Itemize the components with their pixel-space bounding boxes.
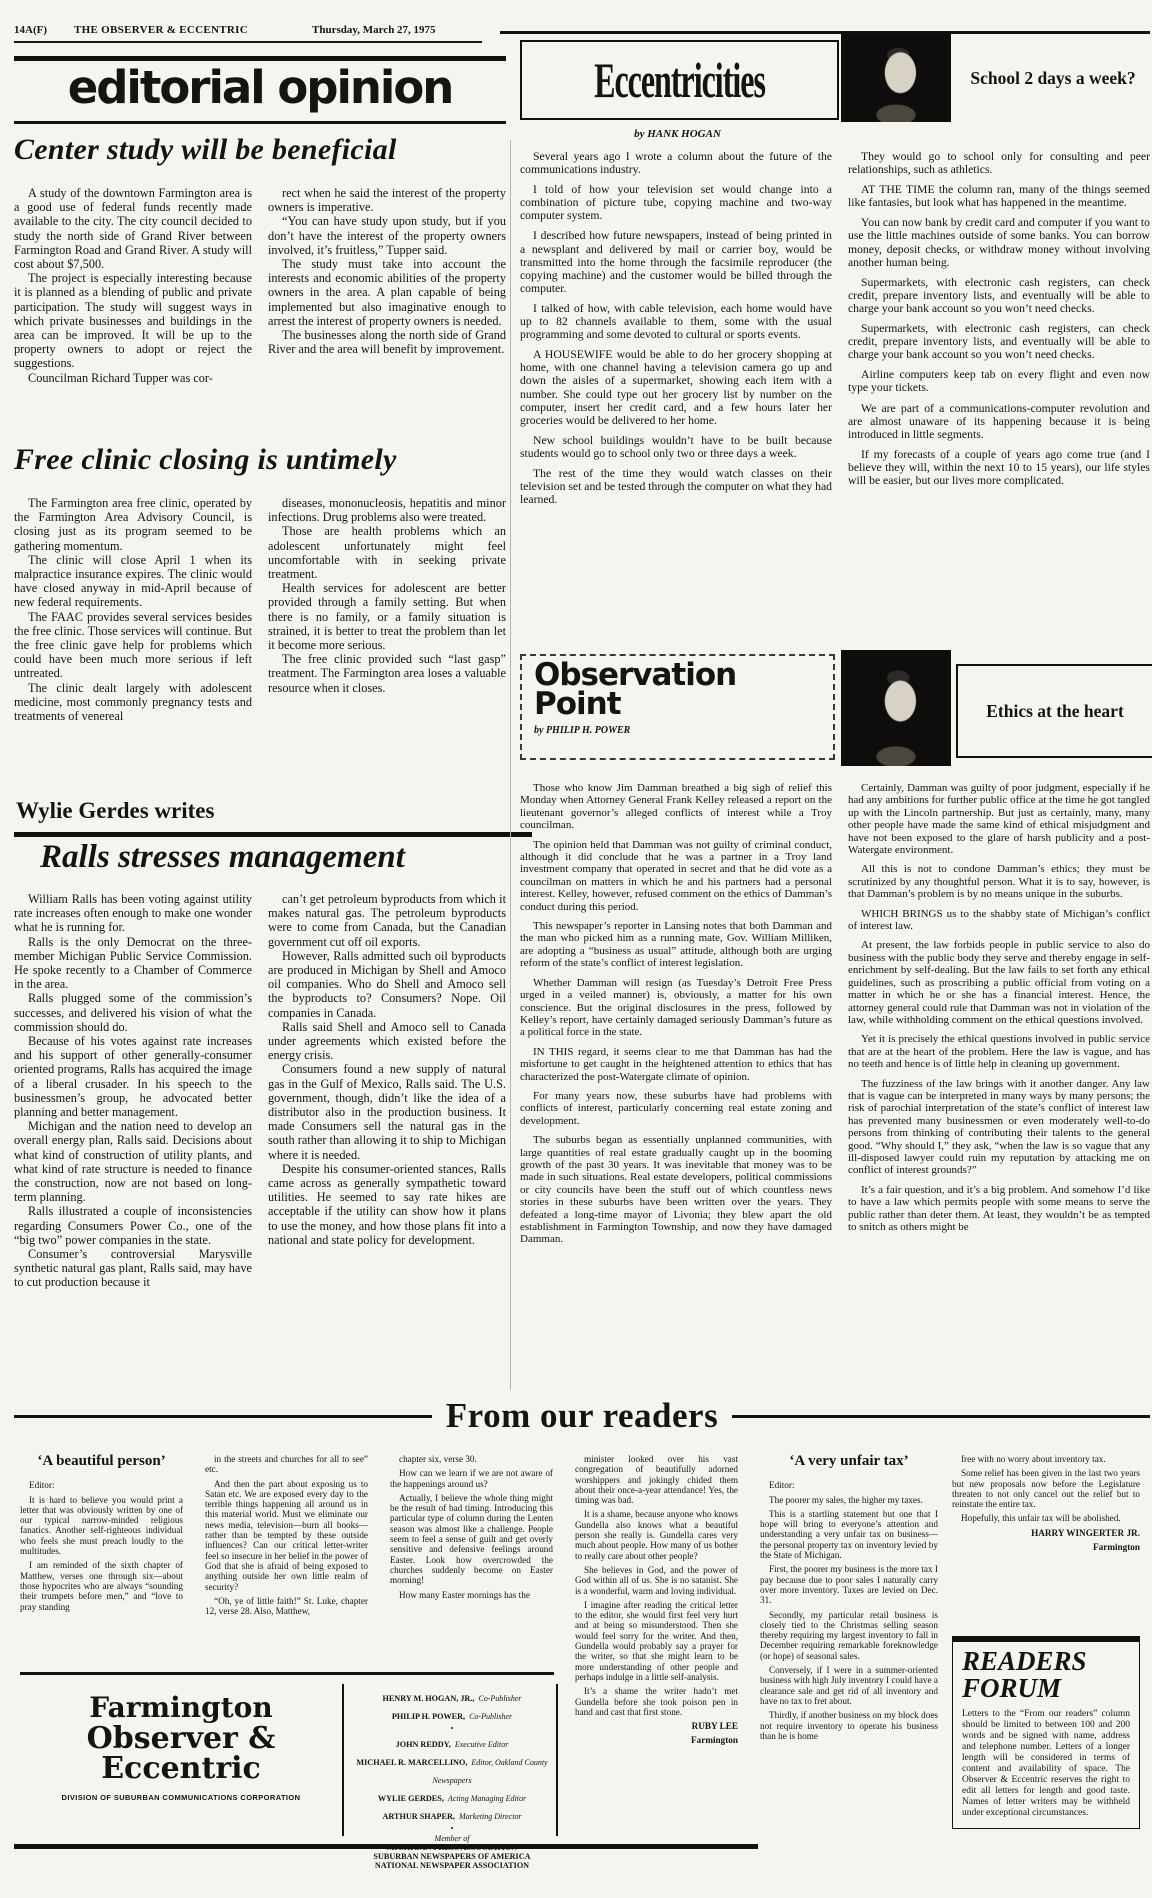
paragraph: The project is especially interesting be…	[14, 271, 252, 370]
paragraph: They would go to school only for consult…	[848, 150, 1150, 176]
page-header: 14A(F) THE OBSERVER & ECCENTRIC Thursday…	[14, 24, 482, 43]
paragraph: I talked of how, with cable television, …	[520, 302, 832, 341]
letter-heading: ‘A beautiful person’	[20, 1456, 183, 1466]
newspaper-page: 14A(F) THE OBSERVER & ECCENTRIC Thursday…	[0, 0, 1152, 1898]
paragraph: WHICH BRINGS us to the shabby state of M…	[848, 908, 1150, 933]
letter-text: minister looked over his vast congregati…	[575, 1454, 738, 1717]
editorial-opinion-banner: editorial opinion	[14, 56, 506, 124]
staff-title: Acting Managing Editor	[448, 1794, 526, 1803]
paragraph: And then the part about exposing us to S…	[205, 1479, 368, 1592]
article-column: diseases, mononucleosis, hepatitis and m…	[268, 496, 506, 788]
paragraph: Supermarkets, with electronic cash regis…	[848, 276, 1150, 315]
separator-glyph: •	[354, 1724, 550, 1734]
headline-ralls: Ralls stresses management	[40, 840, 532, 875]
free-clinic-article: The Farmington area free clinic, operate…	[14, 496, 506, 788]
paragraph: New school buildings wouldn’t have to be…	[520, 434, 832, 460]
article-column: rect when he said the interest of the pr…	[268, 186, 506, 438]
paragraph: Councilman Richard Tupper was cor-	[14, 371, 252, 385]
paragraph: Editor:	[760, 1480, 938, 1490]
banner-title: editorial opinion	[68, 61, 453, 114]
observation-headline: Ethics at the heart	[986, 701, 1124, 722]
article-column: William Ralls has been voting against ut…	[14, 892, 252, 1390]
byline-hank-hogan: by HANK HOGAN	[520, 128, 835, 140]
article-column: can’t get petroleum byproducts from whic…	[268, 892, 506, 1390]
paragraph: However, Ralls admitted such oil byprodu…	[268, 949, 506, 1020]
paragraph: The Farmington area free clinic, operate…	[14, 496, 252, 553]
readers-forum-title: FORUM	[962, 1675, 1130, 1702]
observation-point-column: Those who know Jim Damman breathed a big…	[520, 782, 1150, 1394]
masthead-name: Observer & Eccentric	[34, 1724, 328, 1784]
paragraph: For many years now, these suburbs have h…	[520, 1090, 832, 1127]
paragraph: Certainly, Damman was guilty of poor jud…	[848, 782, 1150, 856]
paragraph: If my forecasts of a couple of years ago…	[848, 448, 1150, 487]
staff-line: WYLIE GERDES, Acting Managing Editor	[354, 1788, 550, 1806]
member-label: Member of	[354, 1834, 550, 1843]
letter-text: Editor:The poorer my sales, the higher m…	[760, 1480, 938, 1741]
paragraph: free with no worry about inventory tax.	[952, 1454, 1140, 1464]
paper-name: THE OBSERVER & ECCENTRIC	[74, 24, 312, 36]
eccentricities-logo-box: Eccentricities	[520, 40, 839, 120]
masthead-column-rule	[342, 1684, 344, 1836]
paragraph: All this is not to condone Damman’s ethi…	[848, 863, 1150, 900]
paragraph: The free clinic provided such “last gasp…	[268, 652, 506, 695]
paragraph: Health services for adolescent are bette…	[268, 581, 506, 652]
paragraph: Ralls illustrated a couple of inconsiste…	[14, 1204, 252, 1247]
paragraph: How can we learn if we are not aware of …	[390, 1468, 553, 1489]
paragraph: Several years ago I wrote a column about…	[520, 150, 832, 176]
letter-column: chapter six, verse 30.How can we learn i…	[390, 1454, 553, 1668]
article-column: Certainly, Damman was guilty of poor jud…	[848, 782, 1150, 1394]
paragraph: The suburbs began as essentially unplann…	[520, 1134, 832, 1246]
readers-forum-title: READERS	[962, 1648, 1130, 1675]
kicker-wylie-gerdes: Wylie Gerdes writes	[16, 798, 214, 824]
staff-line: PHILIP H. POWER, Co-Publisher	[354, 1706, 550, 1724]
paragraph: Actually, I believe the whole thing migh…	[390, 1493, 553, 1586]
paragraph: Airline computers keep tab on every flig…	[848, 368, 1150, 394]
paragraph: Consumer’s controversial Marysville synt…	[14, 1247, 252, 1290]
paragraph: This is a startling statement but one th…	[760, 1509, 938, 1560]
paragraph: The clinic will close April 1 when its m…	[14, 553, 252, 610]
paragraph: The poorer my sales, the higher my taxes…	[760, 1495, 938, 1505]
rule	[14, 1415, 432, 1418]
paragraph: minister looked over his vast congregati…	[575, 1454, 738, 1505]
paragraph: Despite his consumer-oriented stances, R…	[268, 1162, 506, 1247]
paragraph: It’s a fair question, and it’s a big pro…	[848, 1184, 1150, 1234]
article-column: Several years ago I wrote a column about…	[520, 150, 832, 650]
paragraph: Those are health problems which an adole…	[268, 524, 506, 581]
from-our-readers-header: From our readers	[14, 1396, 1150, 1436]
paragraph: Hopefully, this unfair tax will be aboli…	[952, 1513, 1140, 1523]
paragraph: can’t get petroleum byproducts from whic…	[268, 892, 506, 949]
staff-title: Co-Publisher	[469, 1712, 512, 1721]
paragraph: I described how future newspapers, inste…	[520, 229, 832, 294]
letter-column: in the streets and churches for all to s…	[205, 1454, 368, 1668]
paragraph: William Ralls has been voting against ut…	[14, 892, 252, 935]
article-column: A study of the downtown Farmington area …	[14, 186, 252, 438]
staff-line: ARTHUR SHAPER, Marketing Director	[354, 1806, 550, 1824]
ralls-article: William Ralls has been voting against ut…	[14, 892, 506, 1390]
letter-column: minister looked over his vast congregati…	[575, 1454, 738, 1888]
rule	[732, 1415, 1150, 1418]
paragraph: You can now bank by credit card and comp…	[848, 216, 1150, 268]
article-column: The Farmington area free clinic, operate…	[14, 496, 252, 788]
headline-free-clinic: Free clinic closing is untimely	[14, 444, 506, 476]
staff-title: Marketing Director	[459, 1812, 522, 1821]
headline-box-ralls: Ralls stresses management	[14, 832, 532, 875]
paragraph: It is hard to believe you would print a …	[20, 1495, 183, 1557]
paragraph: Those who know Jim Damman breathed a big…	[520, 782, 832, 832]
paragraph: AT THE TIME the column ran, many of the …	[848, 183, 1150, 209]
paragraph: It is a shame, because anyone who knows …	[575, 1509, 738, 1560]
section-rule	[500, 31, 1150, 34]
staff-box: HENRY M. HOGAN, JR., Co-Publisher PHILIP…	[354, 1688, 550, 1870]
paragraph: Yet it is precisely the ethical question…	[848, 1033, 1150, 1070]
letter-heading: ‘A very unfair tax’	[760, 1456, 938, 1466]
paragraph: I am reminded of the sixth chapter of Ma…	[20, 1560, 183, 1611]
staff-name: ARTHUR SHAPER,	[382, 1812, 455, 1821]
eccentricities-column: Several years ago I wrote a column about…	[520, 150, 1150, 650]
paragraph: The study must take into account the int…	[268, 257, 506, 328]
paragraph: The opinion held that Damman was not gui…	[520, 839, 832, 913]
paragraph: Thirdly, if another business on my block…	[760, 1710, 938, 1741]
issue-date: Thursday, March 27, 1975	[312, 24, 482, 36]
paragraph: The clinic dealt largely with adolescent…	[14, 681, 252, 724]
eccentricities-headline-box: School 2 days a week?	[956, 40, 1150, 116]
staff-title: Executive Editor	[455, 1740, 509, 1749]
masthead-column-rule	[556, 1684, 558, 1836]
paragraph: IN THIS regard, it seems clear to me tha…	[520, 1046, 832, 1083]
observation-headline-box: Ethics at the heart	[956, 664, 1152, 758]
paragraph: Consumers found a new supply of natural …	[268, 1062, 506, 1161]
letter-text: Editor:It is hard to believe you would p…	[20, 1480, 183, 1612]
masthead-rule	[20, 1672, 554, 1675]
paragraph: Secondly, my particular retail business …	[760, 1610, 938, 1661]
paragraph: Some relief has been given in the last t…	[952, 1468, 1140, 1509]
paragraph: A HOUSEWIFE would be able to do her groc…	[520, 348, 832, 427]
staff-name: JOHN REDDY,	[396, 1740, 451, 1749]
paragraph: How many Easter mornings has the	[390, 1590, 553, 1600]
staff-name: HENRY M. HOGAN, JR.,	[382, 1694, 474, 1703]
letter-column: free with no worry about inventory tax.S…	[952, 1454, 1140, 1626]
paragraph: NATIONAL NEWSPAPER ASSOCIATION	[354, 1861, 550, 1870]
paragraph: First, the poorer my business is the mor…	[760, 1564, 938, 1605]
hank-hogan-photo	[841, 34, 951, 122]
paragraph: The FAAC provides several services besid…	[14, 610, 252, 681]
letter-signature: RUBY LEE	[575, 1721, 738, 1731]
paragraph: This newspaper’s reporter in Lansing not…	[520, 920, 832, 970]
paragraph: SUBURBAN NEWSPAPERS OF AMERICA	[354, 1852, 550, 1861]
readers-forum-box: READERS FORUM Letters to the “From our r…	[952, 1636, 1140, 1829]
paragraph: Supermarkets, with electronic cash regis…	[848, 322, 1150, 361]
paper-masthead: Farmington Observer & Eccentric DIVISION…	[34, 1694, 328, 1802]
readers-forum-body: Letters to the “From our readers” column…	[962, 1709, 1130, 1819]
paragraph: The fuzziness of the law brings with it …	[848, 1078, 1150, 1177]
column-rule	[510, 140, 511, 1390]
paragraph: The businesses along the north side of G…	[268, 328, 506, 356]
paragraph: Conversely, if I were in a summer-orient…	[760, 1665, 938, 1706]
paragraph: rect when he said the interest of the pr…	[268, 186, 506, 214]
paragraph: “You can have study upon study, but if y…	[268, 214, 506, 257]
staff-title: Co-Publisher	[478, 1694, 521, 1703]
paragraph: She believes in God, and the power of Go…	[575, 1565, 738, 1596]
staff-name: MICHAEL R. MARCELLINO,	[356, 1758, 467, 1767]
paragraph: It’s a shame the writer hadn’t met Gunde…	[575, 1686, 738, 1717]
eccentricities-logo: Eccentricities	[594, 51, 765, 108]
staff-line: JOHN REDDY, Executive Editor	[354, 1734, 550, 1752]
article-column: They would go to school only for consult…	[848, 150, 1150, 650]
center-study-article: A study of the downtown Farmington area …	[14, 186, 506, 438]
paragraph: diseases, mononucleosis, hepatitis and m…	[268, 496, 506, 524]
eccentricities-headline: School 2 days a week?	[970, 68, 1135, 89]
letter-signature: HARRY WINGERTER JR.	[952, 1528, 1140, 1538]
paragraph: I imagine after reading the critical let…	[575, 1600, 738, 1682]
paragraph: We are part of a communications-computer…	[848, 402, 1150, 441]
paragraph: Ralls plugged some of the commission’s s…	[14, 991, 252, 1034]
paragraph: chapter six, verse 30.	[390, 1454, 553, 1464]
paragraph: “Oh, ye of little faith!” St. Luke, chap…	[205, 1596, 368, 1617]
paragraph: I told of how your television set would …	[520, 183, 832, 222]
letter-signature-town: Farmington	[952, 1542, 1140, 1552]
observation-point-logo: Point	[534, 690, 821, 719]
article-column: Those who know Jim Damman breathed a big…	[520, 782, 832, 1394]
letter-text: free with no worry about inventory tax.S…	[952, 1454, 1140, 1524]
observation-point-logo-box: Observation Point by PHILIP H. POWER	[520, 654, 835, 760]
paragraph: Ralls is the only Democrat on the three-…	[14, 935, 252, 992]
paragraph: in the streets and churches for all to s…	[205, 1454, 368, 1475]
paragraph: At present, the law forbids people in pu…	[848, 939, 1150, 1026]
page-bottom-rule	[14, 1844, 758, 1849]
philip-power-photo	[841, 650, 951, 766]
byline-philip-power: by PHILIP H. POWER	[534, 725, 821, 736]
separator-glyph: •	[354, 1824, 550, 1834]
masthead-city: Farmington	[34, 1694, 328, 1722]
paragraph: Michigan and the nation need to develop …	[14, 1119, 252, 1204]
staff-line: HENRY M. HOGAN, JR., Co-Publisher	[354, 1688, 550, 1706]
paragraph: Editor:	[20, 1480, 183, 1490]
headline-center-study: Center study will be beneficial	[14, 134, 506, 166]
masthead-division: DIVISION OF SUBURBAN COMMUNICATIONS CORP…	[34, 1793, 328, 1802]
staff-name: PHILIP H. POWER,	[392, 1712, 465, 1721]
staff-name: WYLIE GERDES,	[378, 1794, 444, 1803]
staff-line: MICHAEL R. MARCELLINO, Editor, Oakland C…	[354, 1752, 550, 1788]
paragraph: Whether Damman will resign (as Tuesday’s…	[520, 977, 832, 1039]
paragraph: Because of his votes against rate increa…	[14, 1034, 252, 1119]
from-our-readers-title: From our readers	[446, 1396, 718, 1436]
letter-signature-town: Farmington	[575, 1735, 738, 1745]
page-number: 14A(F)	[14, 24, 74, 36]
paragraph: Ralls said Shell and Amoco sell to Canad…	[268, 1020, 506, 1063]
paragraph: A study of the downtown Farmington area …	[14, 186, 252, 271]
paragraph: The rest of the time they would watch cl…	[520, 467, 832, 506]
letter-column: ‘A very unfair tax’ Editor:The poorer my…	[760, 1454, 938, 1884]
letter-column: ‘A beautiful person’ Editor:It is hard t…	[20, 1454, 183, 1668]
